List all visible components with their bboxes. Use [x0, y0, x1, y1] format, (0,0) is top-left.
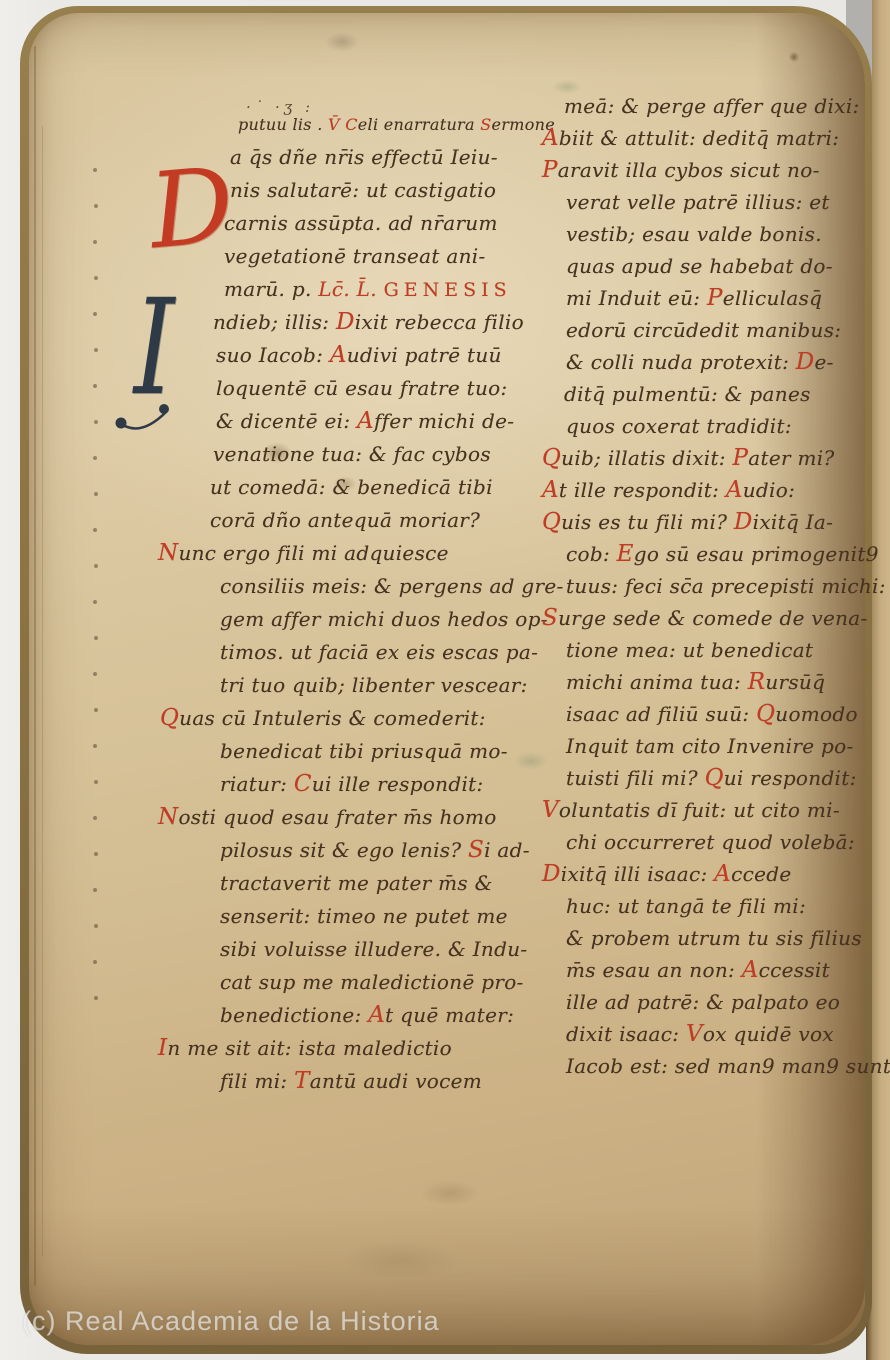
manuscript-line: quos coxerat tradidit:: [542, 410, 890, 442]
manuscript-line: michi anima tua: Rursūq̄: [542, 666, 890, 698]
manuscript-line: gem affer michi duos hedos op-: [158, 603, 558, 636]
prick-mark: [94, 708, 98, 712]
manuscript-line: Abiit & attulit: deditq̄ matri:: [542, 122, 890, 154]
manuscript-line: Quas cū Intuleris & comederit:: [158, 702, 558, 735]
manuscript-line: ditq̄ pulmentū: & panes: [542, 378, 890, 410]
manuscript-line: tione mea: ut benedicat: [542, 634, 890, 666]
manuscript-line: In me sit ait: ista maledictio: [158, 1032, 558, 1065]
prick-mark: [94, 996, 98, 1000]
manuscript-line: vestib; esau valde bonis.: [542, 218, 890, 250]
prick-mark: [94, 564, 98, 568]
manuscript-line: & dicentē ei: Affer michi de-: [158, 405, 558, 438]
manuscript-line: Voluntatis dī fuit: ut cito mi-: [542, 794, 890, 826]
text-column-left: putuu lis . V̄ Celi enarratura Sermonea …: [158, 108, 558, 1098]
prick-mark: [93, 816, 97, 820]
prick-mark: [94, 348, 98, 352]
manuscript-line: Quib; illatis dixit: Pater mi?: [542, 442, 890, 474]
prick-mark: [93, 528, 97, 532]
manuscript-line: tuus: feci sc̄a precepisti michi:: [542, 570, 890, 602]
stain: [789, 52, 799, 62]
manuscript-line: m̄s esau an non: Accessit: [542, 954, 890, 986]
prick-mark: [94, 204, 98, 208]
manuscript-line: Inquit tam cito Invenire po-: [542, 730, 890, 762]
stain: [420, 1180, 480, 1206]
manuscript-line: riatur: Cui ille respondit:: [158, 768, 558, 801]
prick-mark: [93, 888, 97, 892]
text-column-right: meā: & perge affer que dixi:Abiit & attu…: [542, 90, 890, 1082]
prick-mark: [93, 960, 97, 964]
manuscript-line: timos. ut faciā ex eis escas pa-: [158, 636, 558, 669]
manuscript-line: Quis es tu fili mi? Dixitq̄ Ia-: [542, 506, 890, 538]
manuscript-line: mi Induit eū: Pelliculasq̄: [542, 282, 890, 314]
prick-mark: [93, 312, 97, 316]
manuscript-line: meā: & perge affer que dixi:: [542, 90, 890, 122]
manuscript-line: ut comedā: & benedicā tibi: [158, 471, 558, 504]
leaf-edge-line: [42, 126, 43, 1256]
manuscript-line: Nunc ergo fili mi adquiesce: [158, 537, 558, 570]
manuscript-line: benedicat tibi priusquā mo-: [158, 735, 558, 768]
manuscript-line: tractaverit me pater m̄s &: [158, 867, 558, 900]
prick-mark: [94, 276, 98, 280]
manuscript-line: tuisti fili mi? Qui respondit:: [542, 762, 890, 794]
manuscript-line: verat velle patrē illius: et: [542, 186, 890, 218]
manuscript-line: quas apud se habebat do-: [542, 250, 890, 282]
manuscript-line: tri tuo quib; libenter vescear:: [158, 669, 558, 702]
prick-mark: [93, 744, 97, 748]
prick-mark: [94, 492, 98, 496]
prick-mark: [93, 456, 97, 460]
manuscript-line: ndieb; illis: Dixit rebecca filio: [158, 306, 558, 339]
manuscript-line: venatione tua: & fac cybos: [158, 438, 558, 471]
prick-mark: [93, 240, 97, 244]
manuscript-line: a q̄s dñe nr̄is effectū Ieiu-: [158, 141, 558, 174]
manuscript-line: Iacob est: sed man9 man9 sunt: [542, 1050, 890, 1082]
manuscript-line: putuu lis . V̄ Celi enarratura Sermone: [158, 108, 558, 141]
manuscript-line: isaac ad filiū suū: Quomodo: [542, 698, 890, 730]
manuscript-line: benedictione: At quē mater:: [158, 999, 558, 1032]
prick-mark: [94, 780, 98, 784]
prick-mark: [94, 852, 98, 856]
manuscript-line: cat sup me maledictionē pro-: [158, 966, 558, 999]
manuscript-line: corā dño antequā moriar?: [158, 504, 558, 537]
manuscript-line: ille ad patrē: & palpato eo: [542, 986, 890, 1018]
manuscript-line: nis salutarē: ut castigatio: [158, 174, 558, 207]
manuscript-line: Paravit illa cybos sicut no-: [542, 154, 890, 186]
prick-mark: [93, 600, 97, 604]
manuscript-line: loquentē cū esau fratre tuo:: [158, 372, 558, 405]
manuscript-line: carnis assūpta. ad nr̄arum: [158, 207, 558, 240]
manuscript-line: & colli nuda protexit: De-: [542, 346, 890, 378]
manuscript-line: marū. p. Lc̄. L̄. GENESIS: [158, 273, 558, 306]
manuscript-line: dixit isaac: Vox quidē vox: [542, 1018, 890, 1050]
prick-mark: [94, 420, 98, 424]
manuscript-line: At ille respondit: Audio:: [542, 474, 890, 506]
manuscript-photo: ·˙ ·ʒ : D I putuu lis . V̄ Celi enarratu…: [0, 0, 890, 1360]
manuscript-line: sibi voluisse illudere. & Indu-: [158, 933, 558, 966]
manuscript-line: Surge sede & comede de vena-: [542, 602, 890, 634]
manuscript-line: pilosus sit & ego lenis? Si ad-: [158, 834, 558, 867]
manuscript-line: vegetationē transeat ani-: [158, 240, 558, 273]
copyright-watermark: (c) Real Academia de la Historia: [22, 1306, 622, 1337]
prick-mark: [94, 636, 98, 640]
manuscript-line: senserit: timeo ne putet me: [158, 900, 558, 933]
manuscript-line: edorū circūdedit manibus:: [542, 314, 890, 346]
prick-mark: [93, 384, 97, 388]
manuscript-line: suo Iacob: Audivi patrē tuū: [158, 339, 558, 372]
stain: [325, 32, 359, 52]
manuscript-line: fili mi: Tantū audi vocem: [158, 1065, 558, 1098]
prick-mark: [93, 168, 97, 172]
stain: [340, 1240, 460, 1280]
manuscript-line: Dixitq̄ illi isaac: Accede: [542, 858, 890, 890]
manuscript-line: cob: Ego sū esau primogenit9: [542, 538, 890, 570]
prick-mark: [94, 924, 98, 928]
manuscript-line: consiliis meis: & pergens ad gre-: [158, 570, 558, 603]
manuscript-line: chi occurreret quod volebā:: [542, 826, 890, 858]
leaf-edge-line: [34, 46, 36, 1286]
prick-mark: [93, 672, 97, 676]
manuscript-line: huc: ut tangā te fili mi:: [542, 890, 890, 922]
manuscript-line: & probem utrum tu sis filius: [542, 922, 890, 954]
manuscript-line: Nosti quod esau frater m̄s homo: [158, 801, 558, 834]
